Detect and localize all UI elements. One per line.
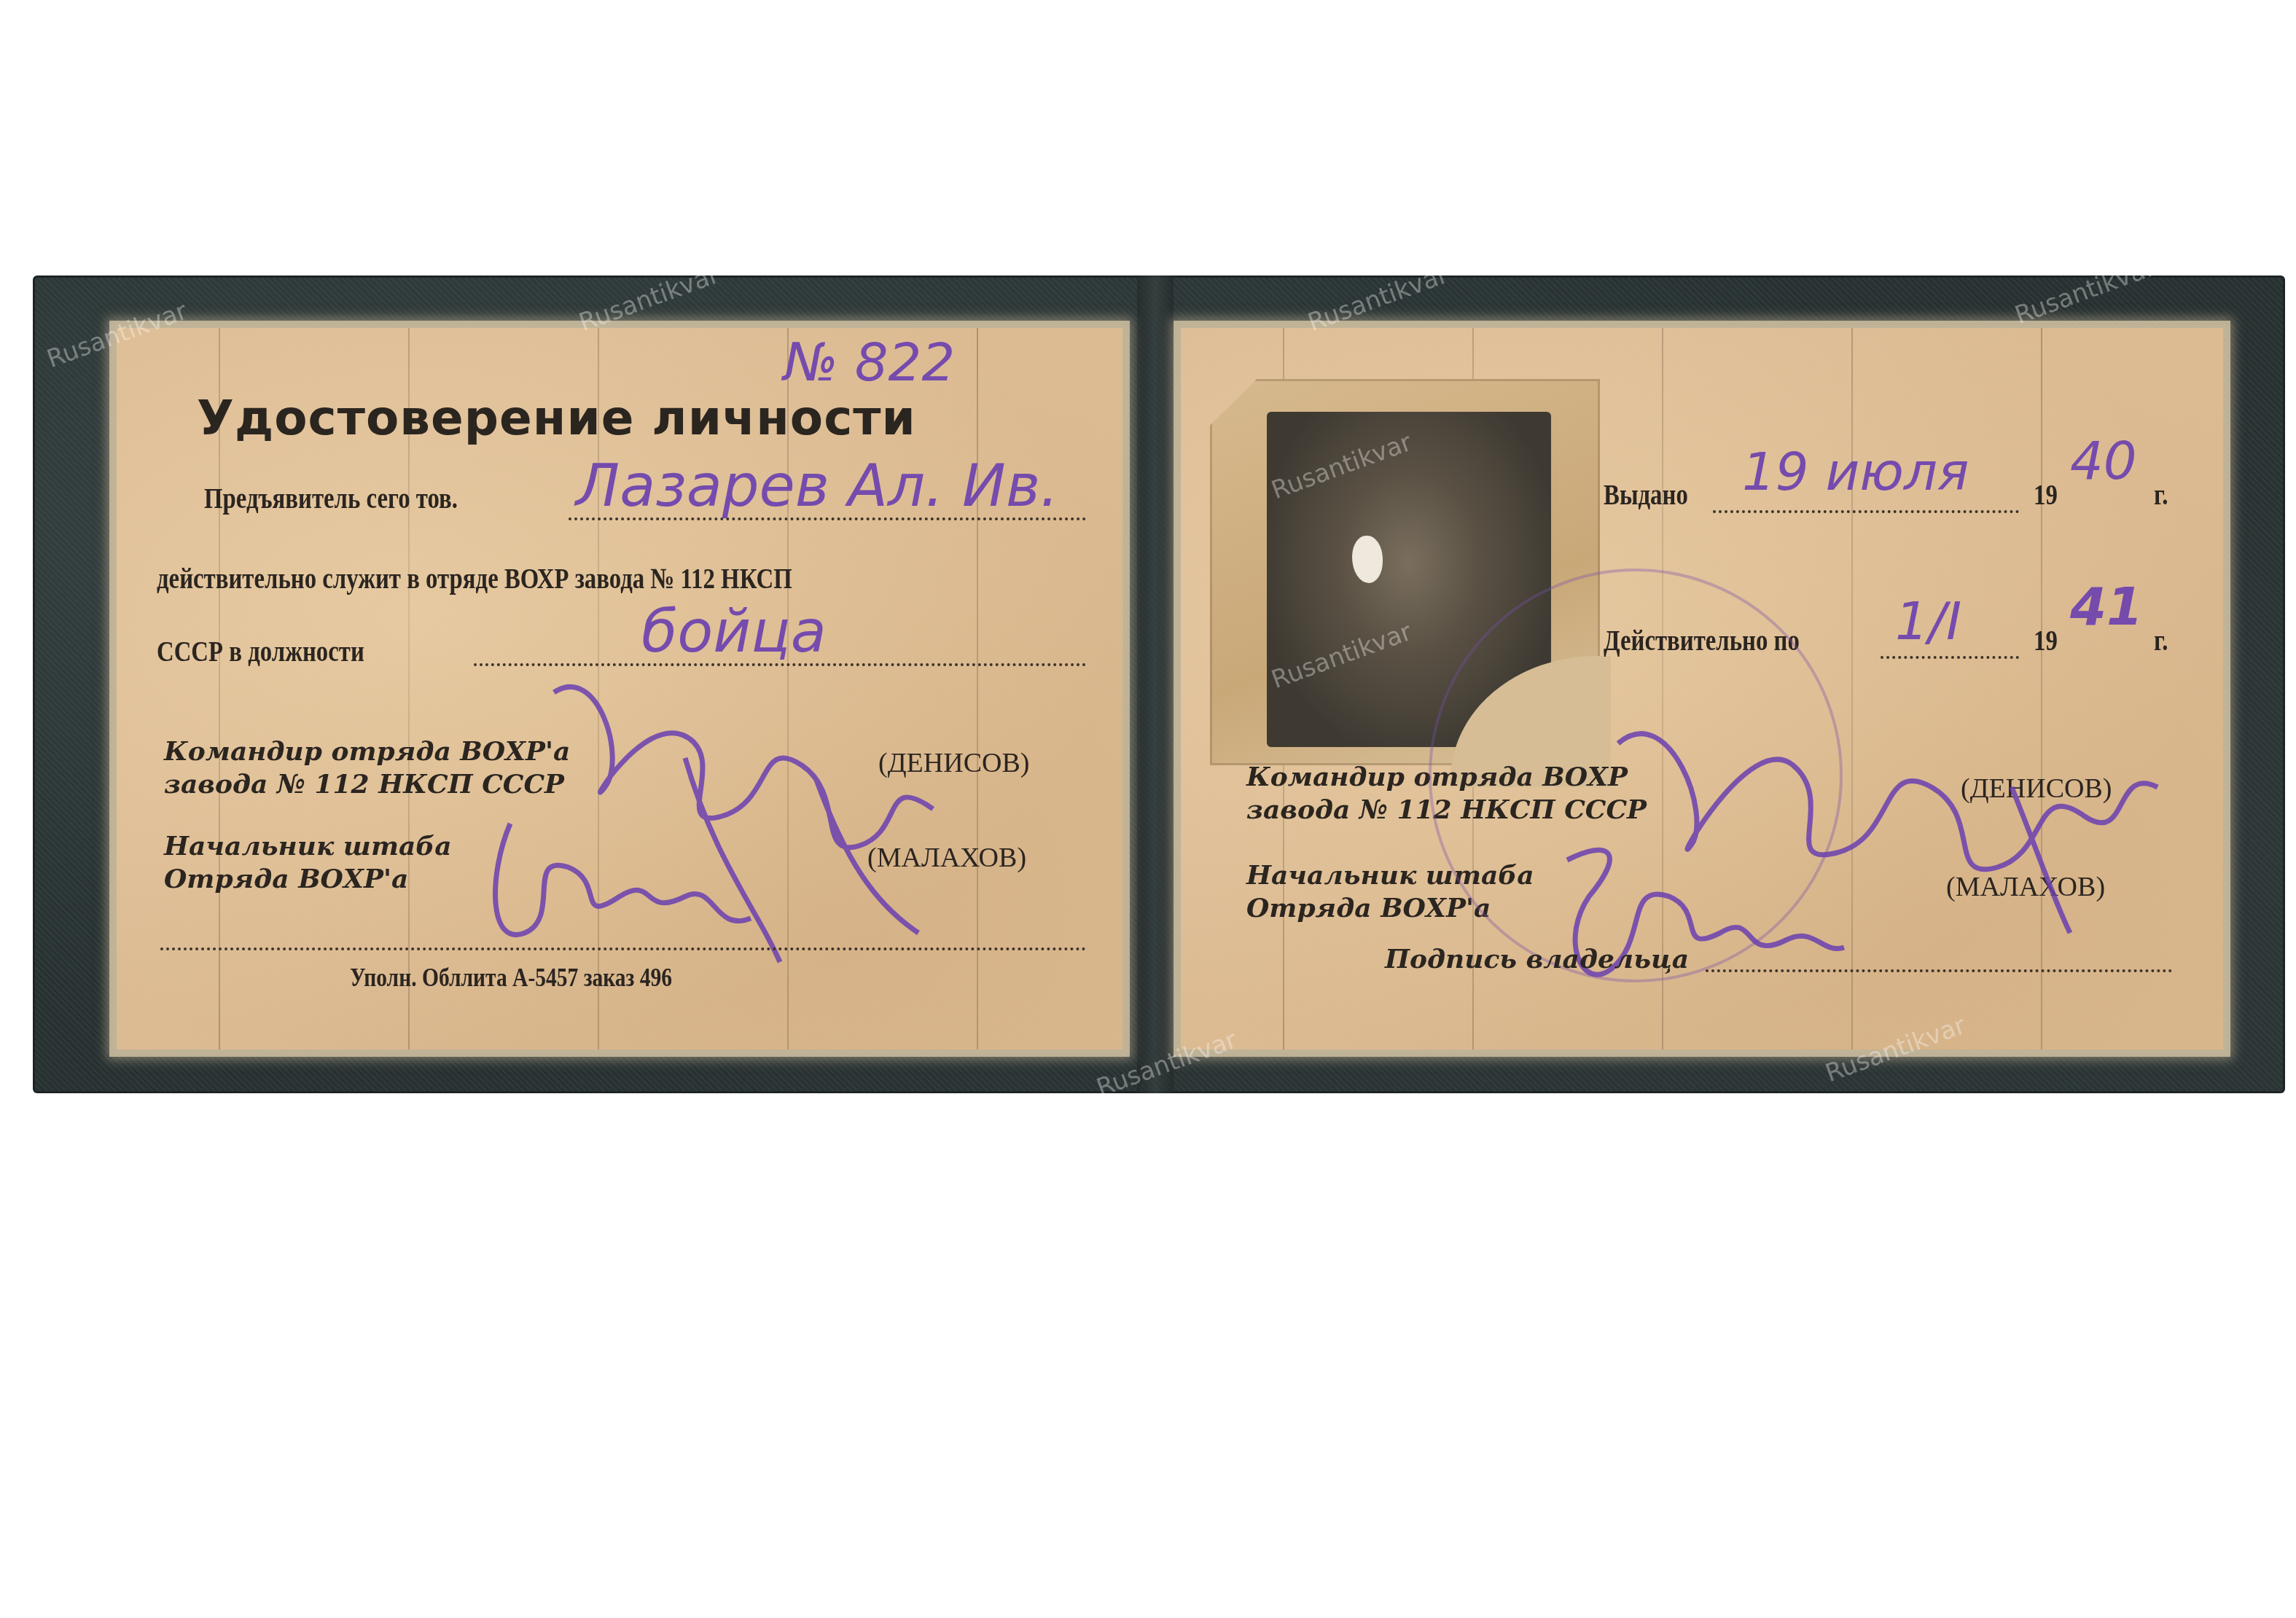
issued-label: Выдано (1604, 477, 1688, 512)
valid-until-date: 1/I (1895, 590, 1961, 652)
position-label: СССР в должности (157, 634, 364, 668)
issued-year-suffix: г. (2154, 477, 2168, 512)
chief-label-2-right: Отряда ВОХР'а (1246, 893, 1491, 923)
owner-signature-label: Подпись владельца (1385, 944, 1689, 974)
chief-signature-left (481, 809, 787, 962)
valid-year: 41 (2070, 576, 2143, 637)
commander-label-1: Командир отряда ВОХР'а (164, 736, 570, 767)
bearer-label: Предъявитель сего тов. (204, 481, 458, 515)
footer-rule (160, 947, 1086, 950)
handwritten-number: № 822 (784, 332, 955, 393)
valid-year-prefix: 19 (2034, 623, 2058, 657)
valid-year-suffix: г. (2154, 623, 2168, 657)
service-text: действительно служит в отряде ВОХР завод… (157, 561, 792, 595)
valid-until-line (1881, 656, 2019, 659)
chief-label-2: Отряда ВОХР'а (164, 864, 408, 894)
commander-label-2: завода № 112 НКСП СССР (164, 769, 564, 800)
issued-year: 40 (2070, 430, 2137, 491)
cover-spine (1137, 275, 1174, 1093)
issued-date: 19 июля (1742, 441, 1969, 502)
printing-notice: Уполн. Обллита А-5457 заказ 496 (350, 962, 672, 993)
position-value: бойца (641, 598, 827, 665)
page-title: Удостоверение личности (197, 390, 916, 446)
owner-signature-line (1706, 969, 2172, 972)
bearer-name: Лазарев Ал. Ив. (576, 452, 1058, 520)
photo-damage-spot (1352, 536, 1383, 583)
issued-line (1713, 510, 2019, 513)
chief-label-1: Начальник штаба (164, 831, 452, 861)
issued-year-prefix: 19 (2034, 477, 2058, 512)
